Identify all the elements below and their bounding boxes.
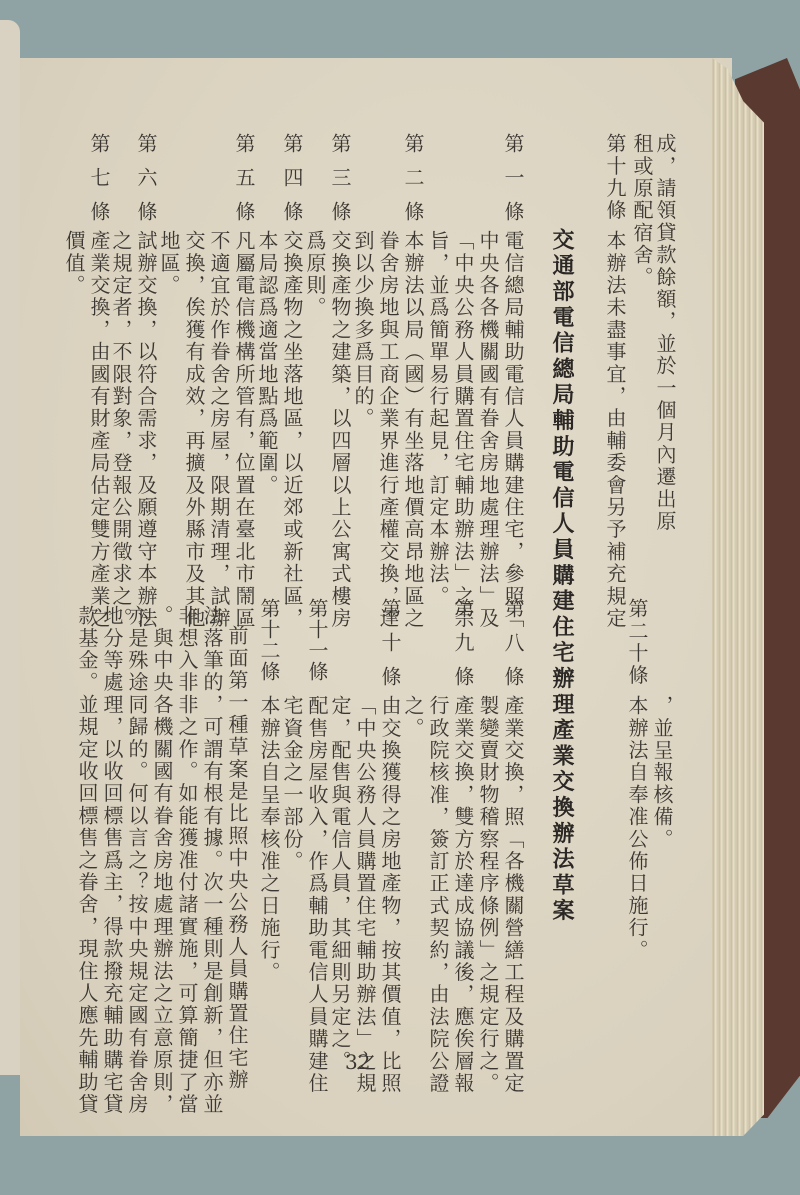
page-stack-edges: [712, 58, 764, 1136]
left-page-edge: [0, 20, 20, 1075]
page-number: 32: [345, 1050, 370, 1074]
article-11-label: 第十一條: [302, 598, 332, 682]
continuation-line-2: 租或原配宿舍。: [627, 133, 657, 288]
article-12-text: 本辦法自呈奉核准之日施行。: [254, 695, 284, 984]
article-8-label: 第八條: [498, 598, 528, 700]
article-19-text: 本辦法未盡事宜，由輔委會另予補充規定: [600, 230, 630, 630]
article-12-label: 第十二條: [254, 598, 284, 682]
article-6-label: 第六條: [131, 133, 161, 235]
commentary-line-7: 款基金。並規定收回標售之眷舍，現住人應先輔助貸: [72, 605, 102, 1116]
article-10-label: 第十條: [375, 598, 405, 700]
article-7-line-2: 價值。: [59, 230, 89, 297]
article-20-label: 第二十條: [622, 598, 652, 687]
article-5-label: 第五條: [229, 133, 259, 235]
article-2-label: 第二條: [398, 133, 428, 235]
article-19-label: 第十九條: [600, 133, 630, 222]
article-1-label: 第一條: [498, 133, 528, 235]
document-title: 交通部電信總局輔助電信人員購建住宅辦理產業交換辦法草案: [546, 228, 576, 925]
article-4-label: 第四條: [277, 133, 307, 235]
article-7-label: 第七條: [84, 133, 114, 235]
article-9-line-2: 行政院核准，簽訂正式契約，由法院公證: [423, 695, 453, 1095]
article-9-label: 第九條: [448, 598, 478, 700]
article-20-text: 本辦法自奉准公佈日施行。: [622, 695, 652, 961]
article-3-label: 第三條: [325, 133, 355, 235]
